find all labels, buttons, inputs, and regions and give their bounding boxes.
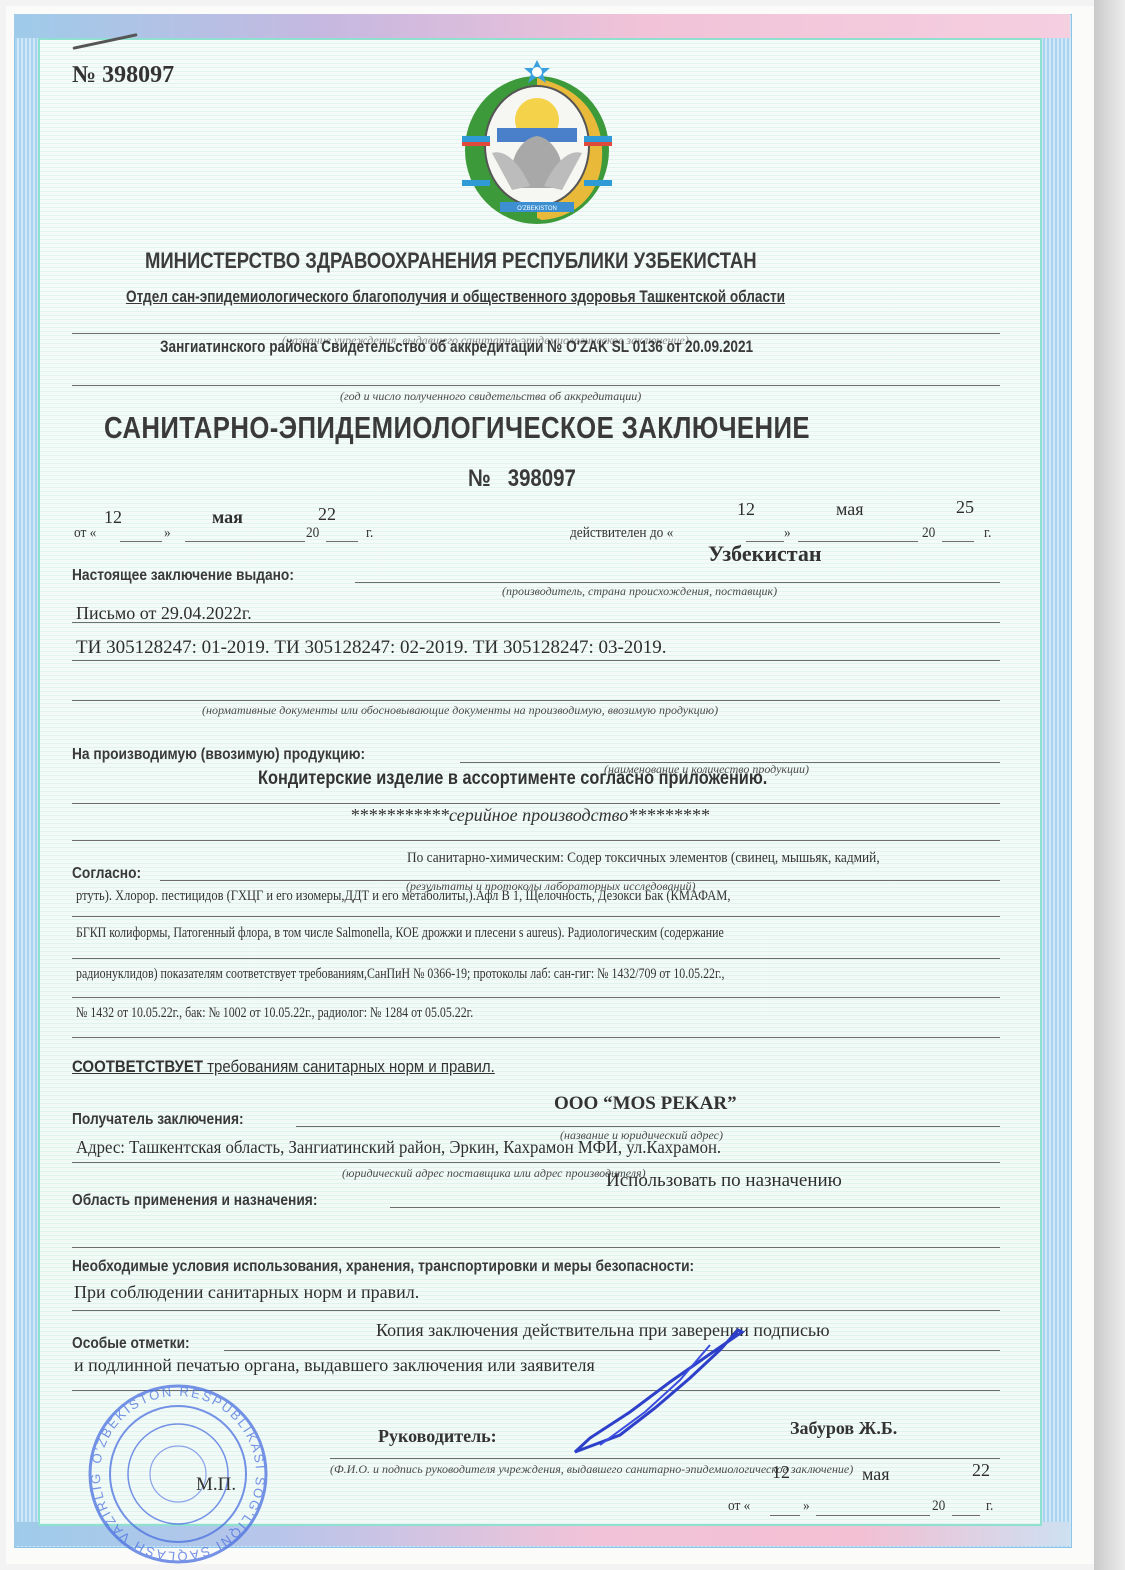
notes-line-2: и подлинной печатью органа, выдавшего за… [74, 1355, 595, 1376]
according-line-3: БГКП колиформы, Патогенный флора, в том … [76, 925, 724, 942]
issue-month: мая [212, 507, 243, 528]
border-band-top [14, 14, 1070, 38]
rule [296, 1126, 1000, 1127]
accreditation-hint: (год и число полученного свидетельства о… [340, 389, 641, 404]
conformity-statement: СООТВЕТСТВУЕТ требованиям санитарных нор… [72, 1057, 495, 1077]
document-title: САНИТАРНО-ЭПИДЕМИОЛОГИЧЕСКОЕ ЗАКЛЮЧЕНИЕ [104, 410, 810, 446]
rule [72, 385, 1000, 386]
sign-date-day: 12 [772, 1462, 790, 1483]
serial-production: ***********серийное производство********… [350, 805, 709, 826]
rule [120, 541, 162, 542]
rule [816, 1515, 930, 1516]
department-line-2: Зангиатинского района Свидетельство об а… [160, 337, 753, 357]
sign-date-year: 22 [972, 1460, 990, 1481]
director-name: Забуров Ж.Б. [790, 1418, 897, 1439]
sign-date-month: мая [862, 1464, 890, 1485]
rule [185, 541, 305, 542]
year-prefix: 20 [306, 525, 319, 542]
official-stamp-icon: O'ZBEKISTON RESPUBLIKASI SOG'LIQNI SAQLA… [86, 1382, 271, 1567]
rule [72, 660, 1000, 661]
scope-label: Область применения и назначения: [72, 1192, 317, 1210]
issue-date-prefix: от « [74, 525, 96, 542]
issued-country: Узбекистан [708, 541, 822, 567]
sign-date-prefix: от « [728, 1498, 750, 1515]
year-prefix: 20 [932, 1498, 945, 1515]
year-prefix: 20 [922, 525, 935, 542]
issued-doc-line-1: Письмо от 29.04.2022г. [76, 603, 252, 624]
valid-day: 12 [737, 499, 755, 520]
docs-hint: (нормативные документы или обосновывающи… [202, 703, 718, 718]
issue-day: 12 [104, 507, 122, 528]
rule [72, 700, 1000, 701]
department-line-1: Отдел сан-эпидемиологического благополуч… [126, 287, 785, 307]
rule [72, 1247, 1000, 1248]
product-value: Кондитерские изделие в ассортименте согл… [258, 768, 767, 790]
according-label: Согласно: [72, 865, 141, 883]
product-label: На производимую (ввозимую) продукцию: [72, 746, 365, 764]
recipient-address: Адрес: Ташкентская область, Зангиатински… [76, 1137, 721, 1158]
close-quote: » [803, 1498, 810, 1515]
conformity-bold: СООТВЕТСТВУЕТ [72, 1057, 203, 1076]
ministry-heading: МИНИСТЕРСТВО ЗДРАВООХРАНЕНИЯ РЕСПУБЛИКИ … [145, 248, 757, 274]
valid-month: мая [836, 499, 864, 520]
according-line-2: ртуть). Хлорор. пестицидов (ГХЦГ и его и… [76, 888, 730, 905]
year-suffix: г. [984, 525, 991, 542]
recipient-value: ООО “MOS PEKAR” [554, 1093, 737, 1115]
according-line-4: радионуклидов) показателям соответствует… [76, 966, 724, 983]
valid-year: 25 [956, 497, 974, 518]
rule [72, 958, 1000, 959]
rule [942, 541, 974, 542]
stamp-place-mark: М.П. [196, 1474, 236, 1496]
issued-label: Настоящее заключение выдано: [72, 567, 294, 585]
rule [72, 1162, 1000, 1163]
rule [72, 997, 1000, 998]
signature-scribble-icon [560, 1320, 760, 1460]
notes-label: Особые отметки: [72, 1335, 190, 1353]
address-hint: (юридический адрес поставщика или адрес … [342, 1166, 646, 1181]
rule [72, 1310, 1000, 1311]
rule [390, 1207, 1000, 1208]
coat-of-arms-icon: O'ZBEKISTON [452, 58, 622, 228]
serial-number-top: № 398097 [72, 62, 174, 89]
year-suffix: г. [986, 1498, 993, 1515]
director-label: Руководитель: [378, 1426, 497, 1447]
close-quote: » [784, 525, 791, 542]
rule [72, 803, 1000, 804]
conformity-rest: требованиям санитарных норм и правил. [203, 1057, 495, 1076]
document-number: № 398097 [468, 465, 576, 493]
rule [326, 541, 358, 542]
rule [72, 916, 1000, 917]
rule [952, 1515, 980, 1516]
issued-hint: (производитель, страна происхождения, по… [502, 584, 777, 599]
conditions-label: Необходимые условия использования, хране… [72, 1258, 694, 1276]
issued-doc-line-2: ТИ 305128247: 01-2019. ТИ 305128247: 02-… [76, 637, 667, 659]
rule [355, 582, 1000, 583]
svg-text:O'ZBEKISTON: O'ZBEKISTON [517, 206, 557, 212]
issue-year: 22 [318, 504, 336, 525]
page-edge-shadow [1094, 0, 1125, 1570]
rule [72, 840, 1000, 841]
scope-value: Использовать по назначению [606, 1170, 842, 1192]
year-suffix: г. [366, 525, 373, 542]
rule [72, 622, 1000, 623]
according-line-1: По санитарно-химическим: Содер токсичных… [407, 850, 880, 867]
recipient-label: Получатель заключения: [72, 1111, 244, 1129]
svg-text:O'ZBEKISTON RESPUBLIKASI SOG'L: O'ZBEKISTON RESPUBLIKASI SOG'LIQNI SAQLA… [86, 1382, 268, 1564]
close-quote: » [164, 525, 171, 542]
rule [770, 1515, 800, 1516]
valid-until-label: действителен до « [570, 525, 673, 542]
rule [72, 1037, 1000, 1038]
according-line-5: № 1432 от 10.05.22г., бак: № 1002 от 10.… [76, 1005, 473, 1022]
conditions-value: При соблюдении санитарных норм и правил. [74, 1282, 419, 1303]
